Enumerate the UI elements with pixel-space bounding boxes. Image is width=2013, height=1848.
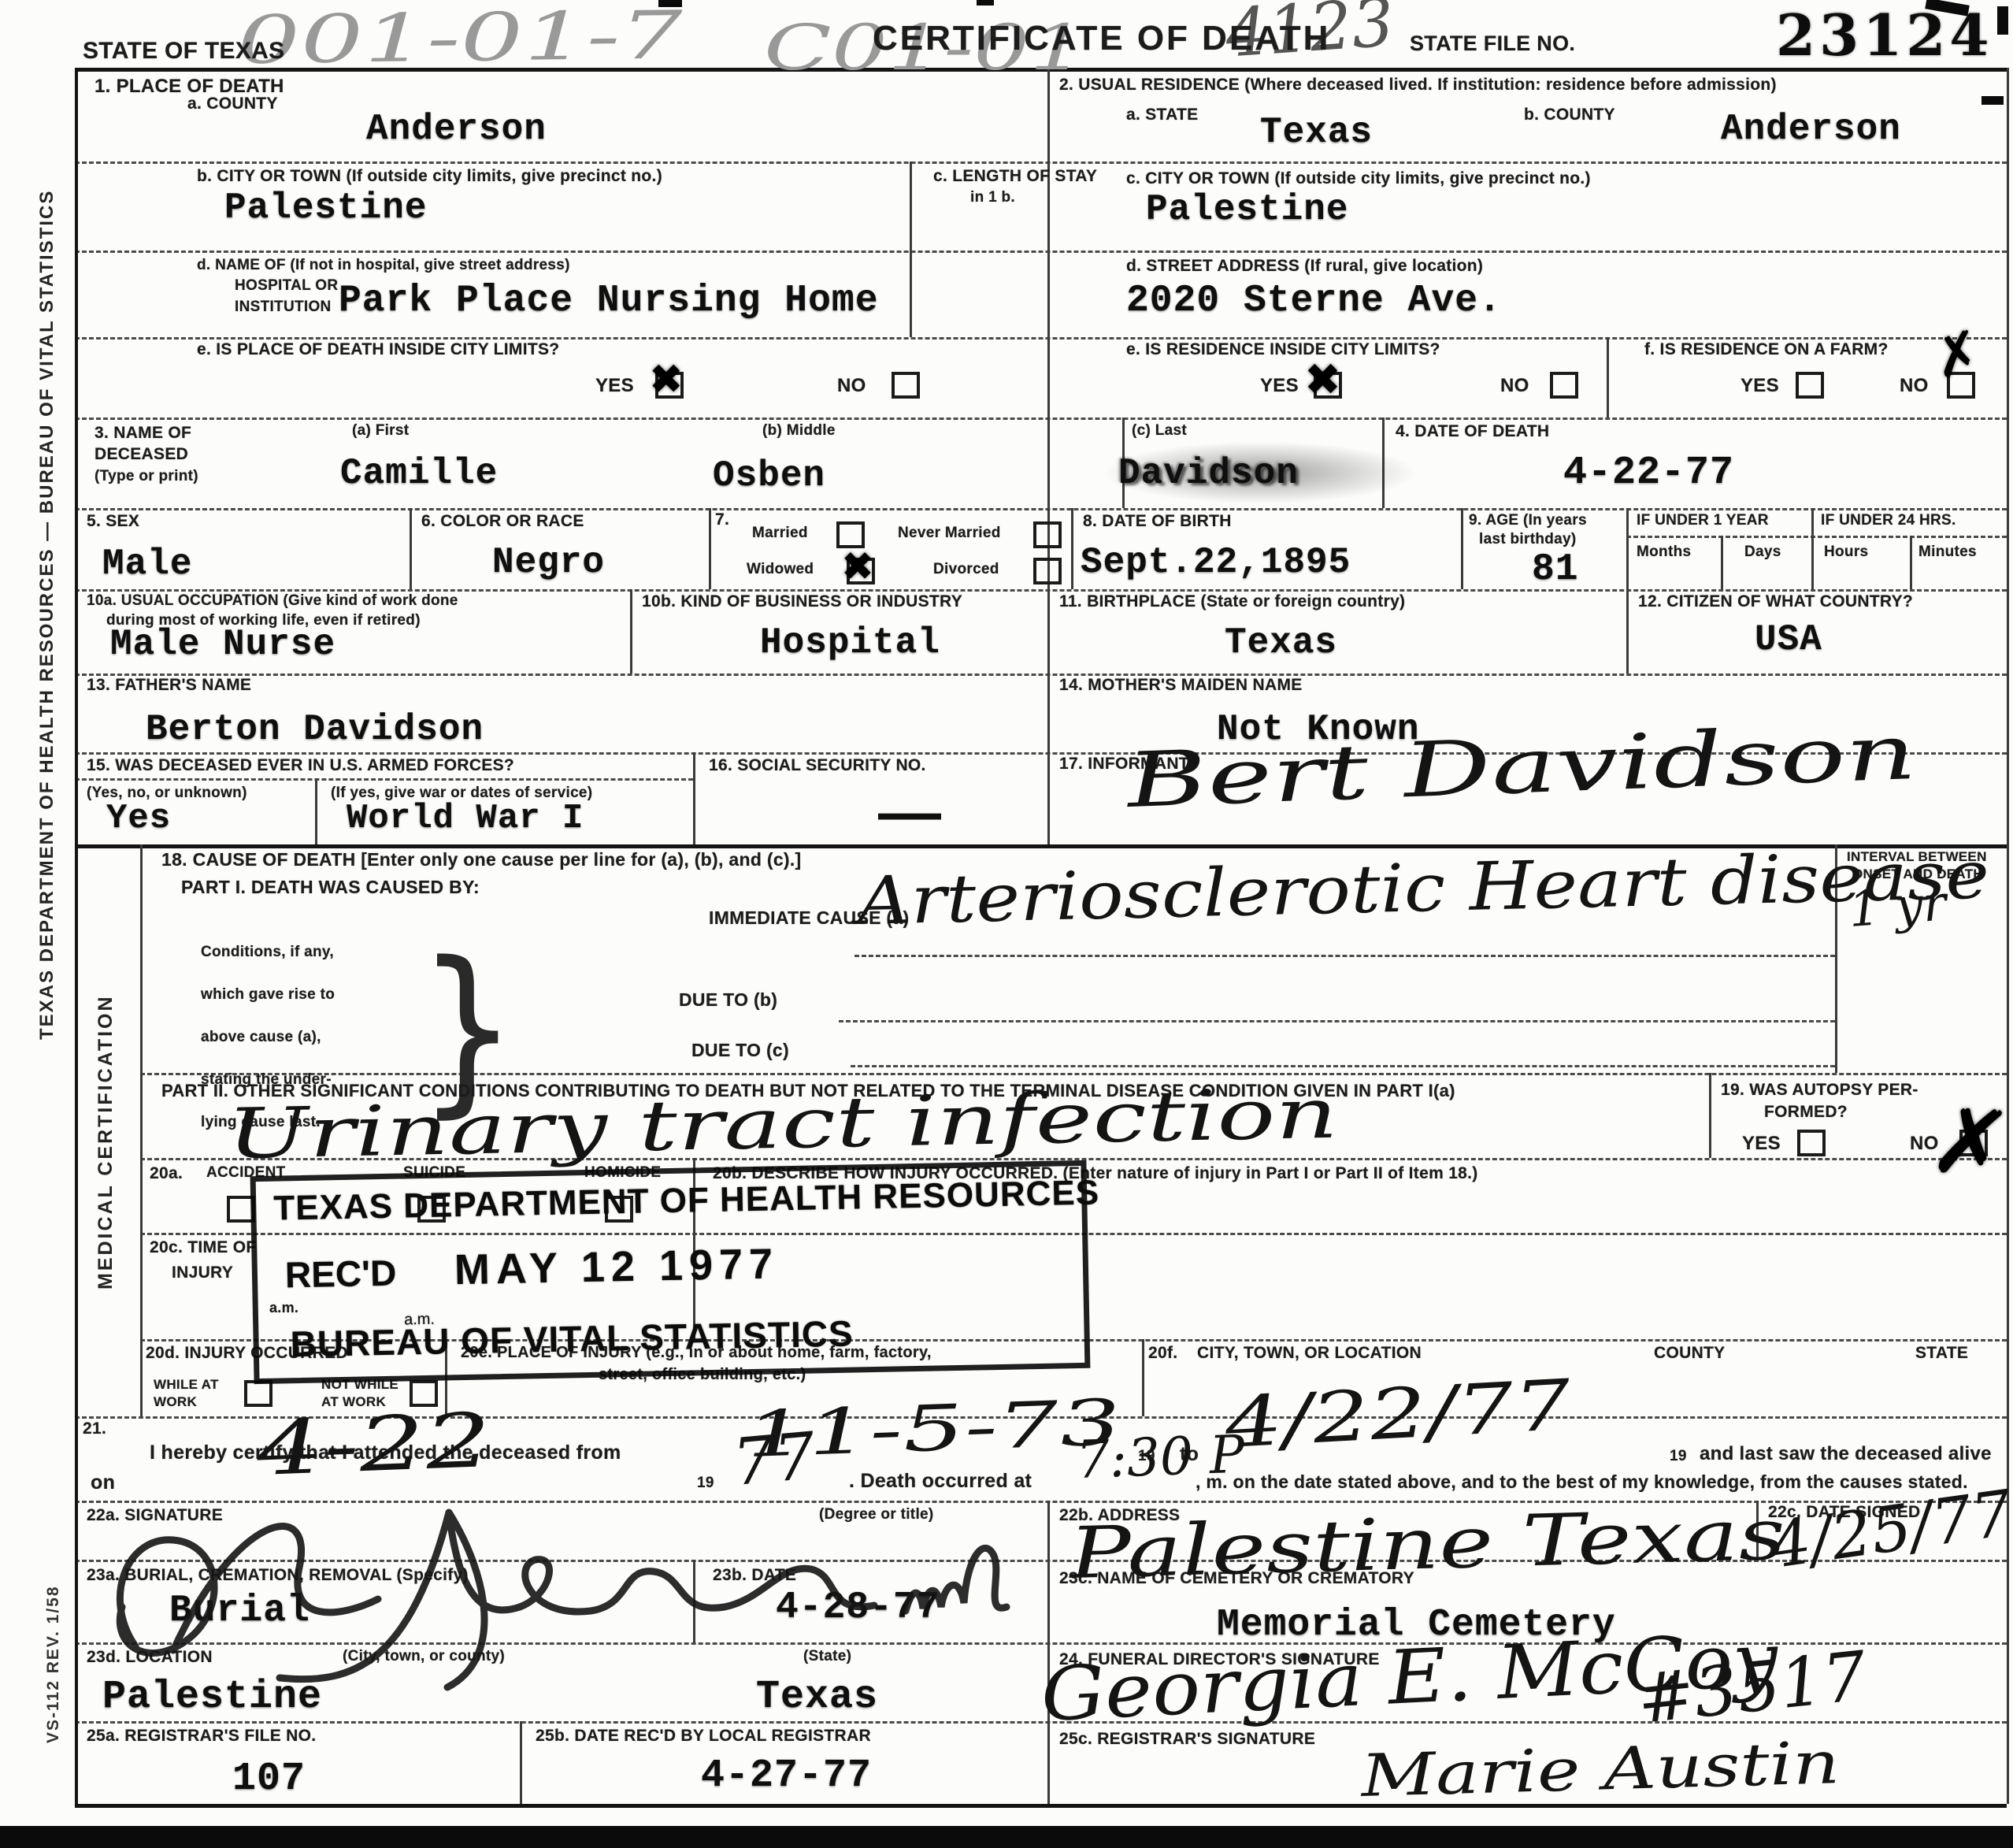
residence-farm-no-label: NO bbox=[1900, 375, 1929, 397]
sidebar-department-label: TEXAS DEPARTMENT OF HEALTH RESOURCES — B… bbox=[36, 252, 58, 1040]
war-service-value: World War I bbox=[347, 799, 584, 838]
name-of-deceased-label-2: DECEASED bbox=[95, 445, 188, 464]
conditions-note-3: above cause (a), bbox=[201, 1029, 321, 1046]
due-to-c-label: DUE TO (c) bbox=[691, 1040, 789, 1061]
residence-city-limits-yes-label: YES bbox=[1260, 375, 1299, 397]
birthplace-value: Texas bbox=[1225, 622, 1337, 663]
county-label: a. COUNTY bbox=[187, 95, 278, 113]
middle-name-label: (b) Middle bbox=[762, 422, 836, 440]
registrar-file-no-label: 25a. REGISTRAR'S FILE NO. bbox=[87, 1727, 316, 1746]
residence-farm-yes-label: YES bbox=[1741, 375, 1779, 397]
ssn-value: — bbox=[878, 776, 941, 848]
residence-state-label: a. STATE bbox=[1126, 106, 1198, 124]
date-recd-label: 25b. DATE REC'D BY LOCAL REGISTRAR bbox=[536, 1727, 871, 1746]
ssn-label: 16. SOCIAL SECURITY NO. bbox=[709, 756, 926, 775]
stamp-recd-label: REC'D bbox=[284, 1252, 396, 1297]
street-address-label: d. STREET ADDRESS (If rural, give locati… bbox=[1126, 257, 1483, 276]
hours-label: Hours bbox=[1824, 544, 1868, 561]
scan-artifact bbox=[977, 0, 994, 6]
accident-row-number: 20a. bbox=[150, 1164, 183, 1183]
place-city-limits-label: e. IS PLACE OF DEATH INSIDE CITY LIMITS? bbox=[197, 340, 559, 359]
hospital-label-3: INSTITUTION bbox=[235, 299, 332, 316]
divorced-label: Divorced bbox=[933, 561, 999, 578]
married-label: Married bbox=[752, 525, 808, 542]
sex-label: 5. SEX bbox=[87, 512, 139, 531]
father-name-value: Berton Davidson bbox=[146, 709, 484, 750]
length-of-stay-sublabel: in 1 b. bbox=[970, 189, 1015, 206]
checkbox-never-married bbox=[1033, 521, 1062, 548]
birthplace-label: 11. BIRTHPLACE (State or foreign country… bbox=[1059, 592, 1405, 611]
residence-state-value: Texas bbox=[1260, 112, 1373, 153]
pencil-code-left: 001-01-7 bbox=[236, 0, 684, 79]
autopsy-label-1: 19. WAS AUTOPSY PER- bbox=[1721, 1081, 1918, 1100]
mother-name-label: 14. MOTHER'S MAIDEN NAME bbox=[1059, 676, 1303, 695]
citizen-value: USA bbox=[1755, 619, 1822, 660]
attended-to-date: 4/22/77 bbox=[1222, 1364, 1575, 1464]
race-label: 6. COLOR OR RACE bbox=[421, 512, 584, 531]
state-of-texas-label: STATE OF TEXAS bbox=[83, 38, 284, 65]
time-of-injury-label-1: 20c. TIME OF bbox=[150, 1238, 256, 1257]
date-of-birth-value: Sept.22,1895 bbox=[1081, 542, 1351, 583]
pencil-margin-mark: 44 bbox=[0, 780, 3, 853]
age-label-1: 9. AGE (In years bbox=[1469, 512, 1587, 529]
certify-text-2: and last saw the deceased alive bbox=[1700, 1443, 1992, 1465]
death-date-handwritten: 4-22 bbox=[254, 1397, 495, 1493]
occupation-value: Male Nurse bbox=[110, 624, 335, 665]
scan-bottom-edge bbox=[0, 1826, 2013, 1848]
stamp-line-2: BUREAU OF VITAL STATISTICS bbox=[290, 1312, 854, 1366]
checkmark-residence-city-limits-yes: ✖ bbox=[1304, 354, 1341, 406]
armed-forces-value: Yes bbox=[106, 799, 171, 838]
city-label: b. CITY OR TOWN (If outside city limits,… bbox=[197, 167, 662, 186]
scan-artifact bbox=[1981, 96, 2004, 105]
street-address-value: 2020 Sterne Ave. bbox=[1126, 280, 1502, 322]
residence-city-value: Palestine bbox=[1146, 189, 1348, 230]
death-certificate-scan: STATE OF TEXAS 001-01-7 C01-01 CERTIFICA… bbox=[0, 0, 2013, 1848]
state-file-no-label: STATE FILE NO. bbox=[1410, 32, 1575, 56]
widowed-label: Widowed bbox=[747, 561, 814, 578]
physician-signature bbox=[79, 1481, 1134, 1701]
race-value: Negro bbox=[492, 542, 605, 583]
form-number-label: VS-112 REV. 1/58 bbox=[44, 1528, 63, 1800]
certify-text-4: , m. on the date stated above, and to th… bbox=[1196, 1471, 1968, 1493]
scan-artifact bbox=[658, 0, 682, 7]
checkmark-widowed: ✖ bbox=[841, 544, 874, 589]
under-1-year-header: IF UNDER 1 YEAR bbox=[1637, 512, 1769, 529]
time-of-injury-label-2: INJURY bbox=[172, 1264, 233, 1282]
months-label: Months bbox=[1637, 544, 1691, 561]
checkbox-residence-farm-yes bbox=[1796, 372, 1824, 399]
death-time-handwritten: 7:30 P bbox=[1075, 1424, 1245, 1490]
injury-county-label: COUNTY bbox=[1654, 1344, 1725, 1363]
while-at-work-label-1: WHILE AT bbox=[154, 1377, 219, 1393]
injury-state-label: STATE bbox=[1915, 1344, 1968, 1363]
stamp-line-1: TEXAS DEPARTMENT OF HEALTH RESOURCES bbox=[273, 1174, 1100, 1229]
certificate-title: CERTIFICATE OF DEATH bbox=[873, 19, 1330, 58]
part1-label: PART I. DEATH WAS CAUSED BY: bbox=[181, 877, 480, 898]
last-name-label: (c) Last bbox=[1132, 422, 1187, 440]
date-of-birth-label: 8. DATE OF BIRTH bbox=[1083, 512, 1232, 531]
conditions-note-1: Conditions, if any, bbox=[201, 944, 334, 961]
residence-city-limits-no-label: NO bbox=[1500, 375, 1529, 397]
place-city-limits-yes-label: YES bbox=[595, 375, 634, 397]
length-of-stay-label: c. LENGTH OF STAY bbox=[933, 167, 1097, 186]
hospital-label-2: HOSPITAL OR bbox=[235, 277, 338, 295]
hospital-value: Park Place Nursing Home bbox=[339, 280, 879, 322]
county-value: Anderson bbox=[366, 109, 547, 150]
armed-forces-label: 15. WAS DECEASED EVER IN U.S. ARMED FORC… bbox=[87, 756, 514, 775]
residence-farm-label: f. IS RESIDENCE ON A FARM? bbox=[1644, 340, 1889, 359]
sex-value: Male bbox=[102, 544, 192, 584]
checkbox-autopsy-yes bbox=[1797, 1130, 1826, 1156]
registrar-file-no-value: 107 bbox=[232, 1757, 306, 1802]
name-of-deceased-label-3: (Type or print) bbox=[95, 468, 198, 485]
date-of-death-label: 4. DATE OF DEATH bbox=[1396, 422, 1549, 441]
hospital-label-1: d. NAME OF (If not in hospital, give str… bbox=[197, 257, 570, 274]
cause-of-death-header: 18. CAUSE OF DEATH [Enter only one cause… bbox=[161, 849, 802, 870]
date-of-death-value: 4-22-77 bbox=[1563, 451, 1734, 495]
middle-name-value: Osben bbox=[713, 455, 825, 496]
immediate-cause-value: Arteriosclerotic Heart disease bbox=[856, 836, 1990, 940]
interval-value: 1 yr bbox=[1847, 874, 1948, 938]
checkbox-while-at-work bbox=[244, 1380, 272, 1407]
checkbox-place-city-limits-no bbox=[892, 372, 920, 399]
certify-19-b: 19 bbox=[1670, 1448, 1687, 1465]
never-married-label: Never Married bbox=[898, 525, 1001, 542]
while-at-work-label-2: WORK bbox=[154, 1394, 197, 1410]
age-label-2: last birthday) bbox=[1479, 531, 1577, 548]
received-stamp: TEXAS DEPARTMENT OF HEALTH RESOURCES REC… bbox=[250, 1160, 1091, 1384]
residence-county-label: b. COUNTY bbox=[1524, 106, 1615, 124]
marital-status-label: 7. bbox=[715, 510, 729, 529]
age-value: 81 bbox=[1532, 548, 1579, 591]
usual-residence-header: 2. USUAL RESIDENCE (Where deceased lived… bbox=[1059, 76, 1777, 95]
residence-county-value: Anderson bbox=[1721, 109, 1901, 150]
registrar-signature-value: Marie Austin bbox=[1359, 1729, 1841, 1810]
checkbox-divorced bbox=[1033, 558, 1062, 584]
father-name-label: 13. FATHER'S NAME bbox=[87, 676, 251, 695]
injury-city-label: CITY, TOWN, OR LOCATION bbox=[1197, 1344, 1422, 1363]
first-name-label: (a) First bbox=[352, 422, 409, 440]
medical-certification-label: MEDICAL CERTIFICATION bbox=[95, 906, 117, 1379]
minutes-label: Minutes bbox=[1918, 544, 1977, 561]
citizen-label: 12. CITIZEN OF WHAT COUNTRY? bbox=[1638, 592, 1913, 611]
due-to-b-label: DUE TO (b) bbox=[679, 989, 777, 1011]
residence-city-limits-label: e. IS RESIDENCE INSIDE CITY LIMITS? bbox=[1126, 340, 1440, 359]
checkmark-autopsy-no: ✗ bbox=[1924, 1084, 2013, 1204]
name-of-deceased-label-1: 3. NAME OF bbox=[95, 424, 191, 443]
occupation-label-1: 10a. USUAL OCCUPATION (Give kind of work… bbox=[87, 592, 458, 610]
under-24-hrs-header: IF UNDER 24 HRS. bbox=[1821, 512, 1956, 529]
first-name-value: Camille bbox=[340, 453, 498, 494]
business-label: 10b. KIND OF BUSINESS OR INDUSTRY bbox=[642, 592, 962, 611]
autopsy-yes-label: YES bbox=[1742, 1133, 1781, 1155]
checkmark-residence-farm-no: ✗ bbox=[1926, 317, 1989, 392]
injury-location-number: 20f. bbox=[1148, 1344, 1177, 1363]
checkbox-residence-city-limits-no bbox=[1550, 372, 1578, 399]
business-value: Hospital bbox=[760, 622, 940, 663]
stamp-date: MAY 12 1977 bbox=[454, 1239, 779, 1294]
certify-row-number: 21. bbox=[83, 1419, 106, 1438]
place-city-limits-no-label: NO bbox=[837, 375, 866, 397]
death-year-handwritten: 77 bbox=[730, 1419, 818, 1501]
autopsy-label-2: FORMED? bbox=[1764, 1103, 1848, 1122]
days-label: Days bbox=[1744, 544, 1781, 561]
conditions-note-2: which gave rise to bbox=[201, 986, 335, 1004]
checkmark-place-city-limits-yes: ✖ bbox=[649, 356, 684, 403]
scan-artifact bbox=[1997, 6, 2008, 35]
residence-city-label: c. CITY OR TOWN (If outside city limits,… bbox=[1126, 169, 1591, 188]
date-recd-value: 4-27-77 bbox=[701, 1753, 872, 1798]
last-name-value: Davidson bbox=[1118, 453, 1299, 494]
city-value: Palestine bbox=[224, 187, 427, 228]
